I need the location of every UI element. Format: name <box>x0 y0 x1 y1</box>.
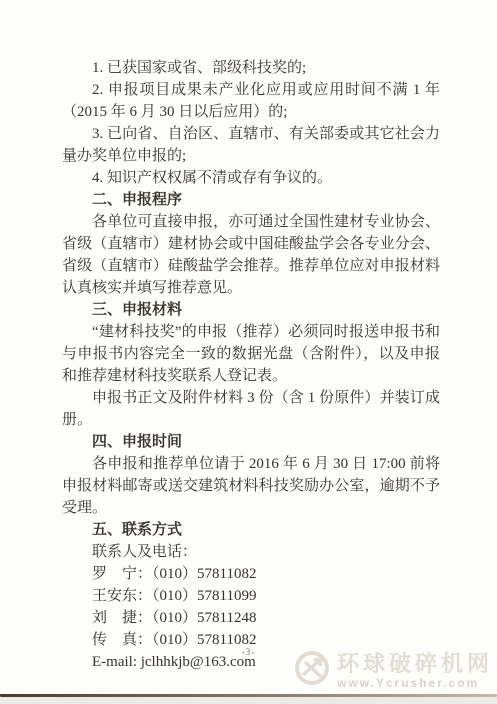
contact-line-liu-jie: 刘 捷：（010）57811248 <box>62 607 440 629</box>
contact-intro: 联系人及电话： <box>62 541 440 563</box>
watermark-text: 环球破碎机网 www.Ycrusher.com <box>337 652 493 690</box>
clause-2: 2. 申报项目成果未产业化应用或应用时间不满 1 年（2015 年 6 月 30… <box>62 79 440 123</box>
scan-margin-strip <box>0 697 497 704</box>
document-body: 1. 已获国家或省、部级科技奖的; 2. 申报项目成果未产业化应用或应用时间不满… <box>62 57 440 673</box>
clause-1: 1. 已获国家或省、部级科技奖的; <box>62 57 440 79</box>
watermark-site-url: www.Ycrusher.com <box>337 676 479 690</box>
scanned-document-page: 1. 已获国家或省、部级科技奖的; 2. 申报项目成果未产业化应用或应用时间不满… <box>0 0 497 704</box>
clause-4: 4. 知识产权权属不清或存有争议的。 <box>62 167 440 189</box>
section-heading-2: 二、申报程序 <box>62 189 440 211</box>
section-3-paragraph-1: “建材科技奖”的申报（推荐）必须同时报送申报书和与申报书内容完全一致的数据光盘（… <box>62 321 440 387</box>
clause-3: 3. 已向省、自治区、直辖市、有关部委或其它社会力量办奖单位申报的; <box>62 123 440 167</box>
crusher-site-logo-icon <box>293 649 331 692</box>
section-4-paragraph: 各申报和推荐单位请于 2016 年 6 月 30 日 17:00 前将申报材料邮… <box>62 453 440 519</box>
section-2-paragraph: 各单位可直接申报，亦可通过全国性建材专业协会、省级（直辖市）建材协会或中国硅酸盐… <box>62 211 440 299</box>
contact-line-luo-ning: 罗 宁：（010）57811082 <box>62 563 440 585</box>
section-heading-4: 四、申报时间 <box>62 431 440 453</box>
contact-line-wang-andong: 王安东：（010）57811099 <box>62 585 440 607</box>
section-heading-3: 三、申报材料 <box>62 299 440 321</box>
section-3-paragraph-2: 申报书正文及附件材料 3 份（含 1 份原件）并装订成册。 <box>62 387 440 431</box>
watermark-site-name: 环球破碎机网 <box>337 652 493 676</box>
watermark: 环球破碎机网 www.Ycrusher.com <box>293 649 493 692</box>
section-heading-5: 五、联系方式 <box>62 519 440 541</box>
